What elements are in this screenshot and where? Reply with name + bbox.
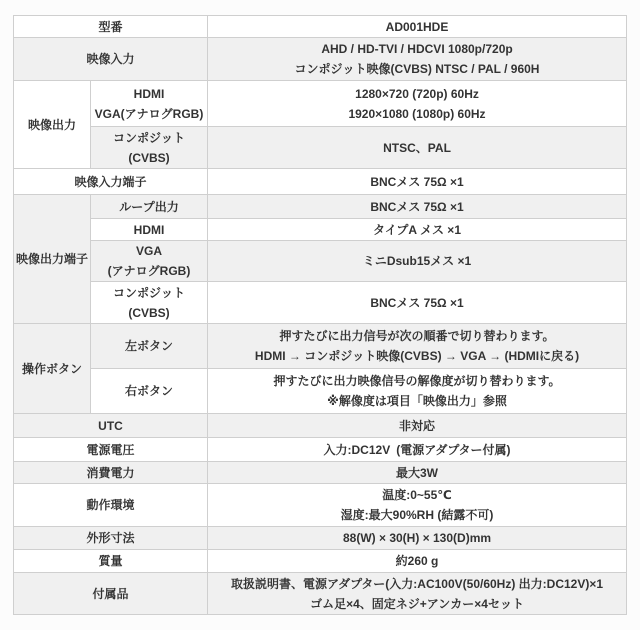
spec-row-operating-environment: 動作環境 温度:0~55℃ 湿度:最大90%RH (結露不可) <box>14 484 627 527</box>
row-value: AHD / HD-TVI / HDCVI 1080p/720p コンポジット映像… <box>208 38 627 81</box>
spec-row-model: 型番 AD001HDE <box>14 16 627 38</box>
row-label: UTC <box>14 414 208 438</box>
value-line: 押すたびに出力信号が次の順番で切り替わります。 <box>210 326 624 346</box>
row-value: 88(W) × 30(H) × 130(D)mm <box>208 527 627 550</box>
value-line: HDMI → コンポジット映像(CVBS) → VGA → (HDMIに戻る) <box>210 346 624 366</box>
value-line: 温度:0~55℃ <box>210 485 624 505</box>
value-line: 1280×720 (720p) 60Hz <box>210 84 624 104</box>
row-sublabel: ループ出力 <box>91 195 208 219</box>
sublabel-line: (CVBS) <box>93 303 205 323</box>
spec-row-video-output-composite: コンポジット (CVBS) NTSC、PAL <box>14 127 627 169</box>
page: { "style": { "stripe_color": "#f0f0f0", … <box>0 0 640 630</box>
row-group-label: 映像出力端子 <box>14 195 91 324</box>
spec-row-power-consumption: 消費電力 最大3W <box>14 462 627 484</box>
row-value: 取扱説明書、電源アダプター(入力:AC100V(50/60Hz) 出力:DC12… <box>208 573 627 615</box>
row-group-label: 映像出力 <box>14 81 91 169</box>
value-line: 押すたびに出力映像信号の解像度が切り替わります。 <box>210 371 624 391</box>
row-sublabel: コンポジット (CVBS) <box>91 282 208 324</box>
sublabel-line: VGA <box>93 241 205 261</box>
row-value: 押すたびに出力映像信号の解像度が切り替わります。 ※解像度は項目「映像出力」参照 <box>208 369 627 414</box>
row-sublabel: VGA (アナログRGB) <box>91 241 208 282</box>
sublabel-line: HDMI <box>93 84 205 104</box>
row-label: 型番 <box>14 16 208 38</box>
spec-row-video-output-hdmi-vga: 映像出力 HDMI VGA(アナログRGB) 1280×720 (720p) 6… <box>14 81 627 127</box>
sublabel-line: VGA(アナログRGB) <box>93 104 205 124</box>
value-line: ※解像度は項目「映像出力」参照 <box>210 391 624 411</box>
spec-row-dimensions: 外形寸法 88(W) × 30(H) × 130(D)mm <box>14 527 627 550</box>
row-value: 温度:0~55℃ 湿度:最大90%RH (結露不可) <box>208 484 627 527</box>
row-sublabel: 左ボタン <box>91 324 208 369</box>
spec-row-accessories: 付属品 取扱説明書、電源アダプター(入力:AC100V(50/60Hz) 出力:… <box>14 573 627 615</box>
value-line: AHD / HD-TVI / HDCVI 1080p/720p <box>210 39 624 59</box>
row-value: 入力:DC12V (電源アダプター付属) <box>208 438 627 462</box>
spec-row-power-voltage: 電源電圧 入力:DC12V (電源アダプター付属) <box>14 438 627 462</box>
row-sublabel: HDMI VGA(アナログRGB) <box>91 81 208 127</box>
spec-row-weight: 質量 約260 g <box>14 550 627 573</box>
row-label: 質量 <box>14 550 208 573</box>
row-label: 付属品 <box>14 573 208 615</box>
spec-row-output-terminal-loop: 映像出力端子 ループ出力 BNCメス 75Ω ×1 <box>14 195 627 219</box>
row-label: 電源電圧 <box>14 438 208 462</box>
row-sublabel: コンポジット (CVBS) <box>91 127 208 169</box>
row-value: 最大3W <box>208 462 627 484</box>
sublabel-line: コンポジット <box>93 283 205 303</box>
value-line: 湿度:最大90%RH (結露不可) <box>210 505 624 525</box>
row-label: 映像入力 <box>14 38 208 81</box>
row-label: 外形寸法 <box>14 527 208 550</box>
spec-row-button-left: 操作ボタン 左ボタン 押すたびに出力信号が次の順番で切り替わります。 HDMI … <box>14 324 627 369</box>
spec-table: 型番 AD001HDE 映像入力 AHD / HD-TVI / HDCVI 10… <box>13 15 627 615</box>
row-value: AD001HDE <box>208 16 627 38</box>
value-line: コンポジット映像(CVBS) NTSC / PAL / 960H <box>210 59 624 79</box>
row-value: 押すたびに出力信号が次の順番で切り替わります。 HDMI → コンポジット映像(… <box>208 324 627 369</box>
spec-row-button-right: 右ボタン 押すたびに出力映像信号の解像度が切り替わります。 ※解像度は項目「映像… <box>14 369 627 414</box>
spec-row-output-terminal-hdmi: HDMI タイプA メス ×1 <box>14 219 627 241</box>
row-value: タイプA メス ×1 <box>208 219 627 241</box>
row-value: 1280×720 (720p) 60Hz 1920×1080 (1080p) 6… <box>208 81 627 127</box>
row-value: 約260 g <box>208 550 627 573</box>
spec-row-video-input-terminal: 映像入力端子 BNCメス 75Ω ×1 <box>14 169 627 195</box>
row-value: 非対応 <box>208 414 627 438</box>
sublabel-line: コンポジット <box>93 128 205 148</box>
sublabel-line: (CVBS) <box>93 148 205 168</box>
row-value: ミニDsub15メス ×1 <box>208 241 627 282</box>
row-label: 動作環境 <box>14 484 208 527</box>
row-group-label: 操作ボタン <box>14 324 91 414</box>
row-value: NTSC、PAL <box>208 127 627 169</box>
value-line: 取扱説明書、電源アダプター(入力:AC100V(50/60Hz) 出力:DC12… <box>210 574 624 594</box>
row-value: BNCメス 75Ω ×1 <box>208 195 627 219</box>
spec-row-output-terminal-composite: コンポジット (CVBS) BNCメス 75Ω ×1 <box>14 282 627 324</box>
row-label: 映像入力端子 <box>14 169 208 195</box>
row-value: BNCメス 75Ω ×1 <box>208 282 627 324</box>
row-sublabel: 右ボタン <box>91 369 208 414</box>
value-line: 1920×1080 (1080p) 60Hz <box>210 104 624 124</box>
row-value: BNCメス 75Ω ×1 <box>208 169 627 195</box>
row-label: 消費電力 <box>14 462 208 484</box>
spec-row-output-terminal-vga: VGA (アナログRGB) ミニDsub15メス ×1 <box>14 241 627 282</box>
spec-row-utc: UTC 非対応 <box>14 414 627 438</box>
value-line: ゴム足×4、固定ネジ+アンカー×4セット <box>210 594 624 614</box>
sublabel-line: (アナログRGB) <box>93 261 205 281</box>
row-sublabel: HDMI <box>91 219 208 241</box>
spec-row-video-input: 映像入力 AHD / HD-TVI / HDCVI 1080p/720p コンポ… <box>14 38 627 81</box>
